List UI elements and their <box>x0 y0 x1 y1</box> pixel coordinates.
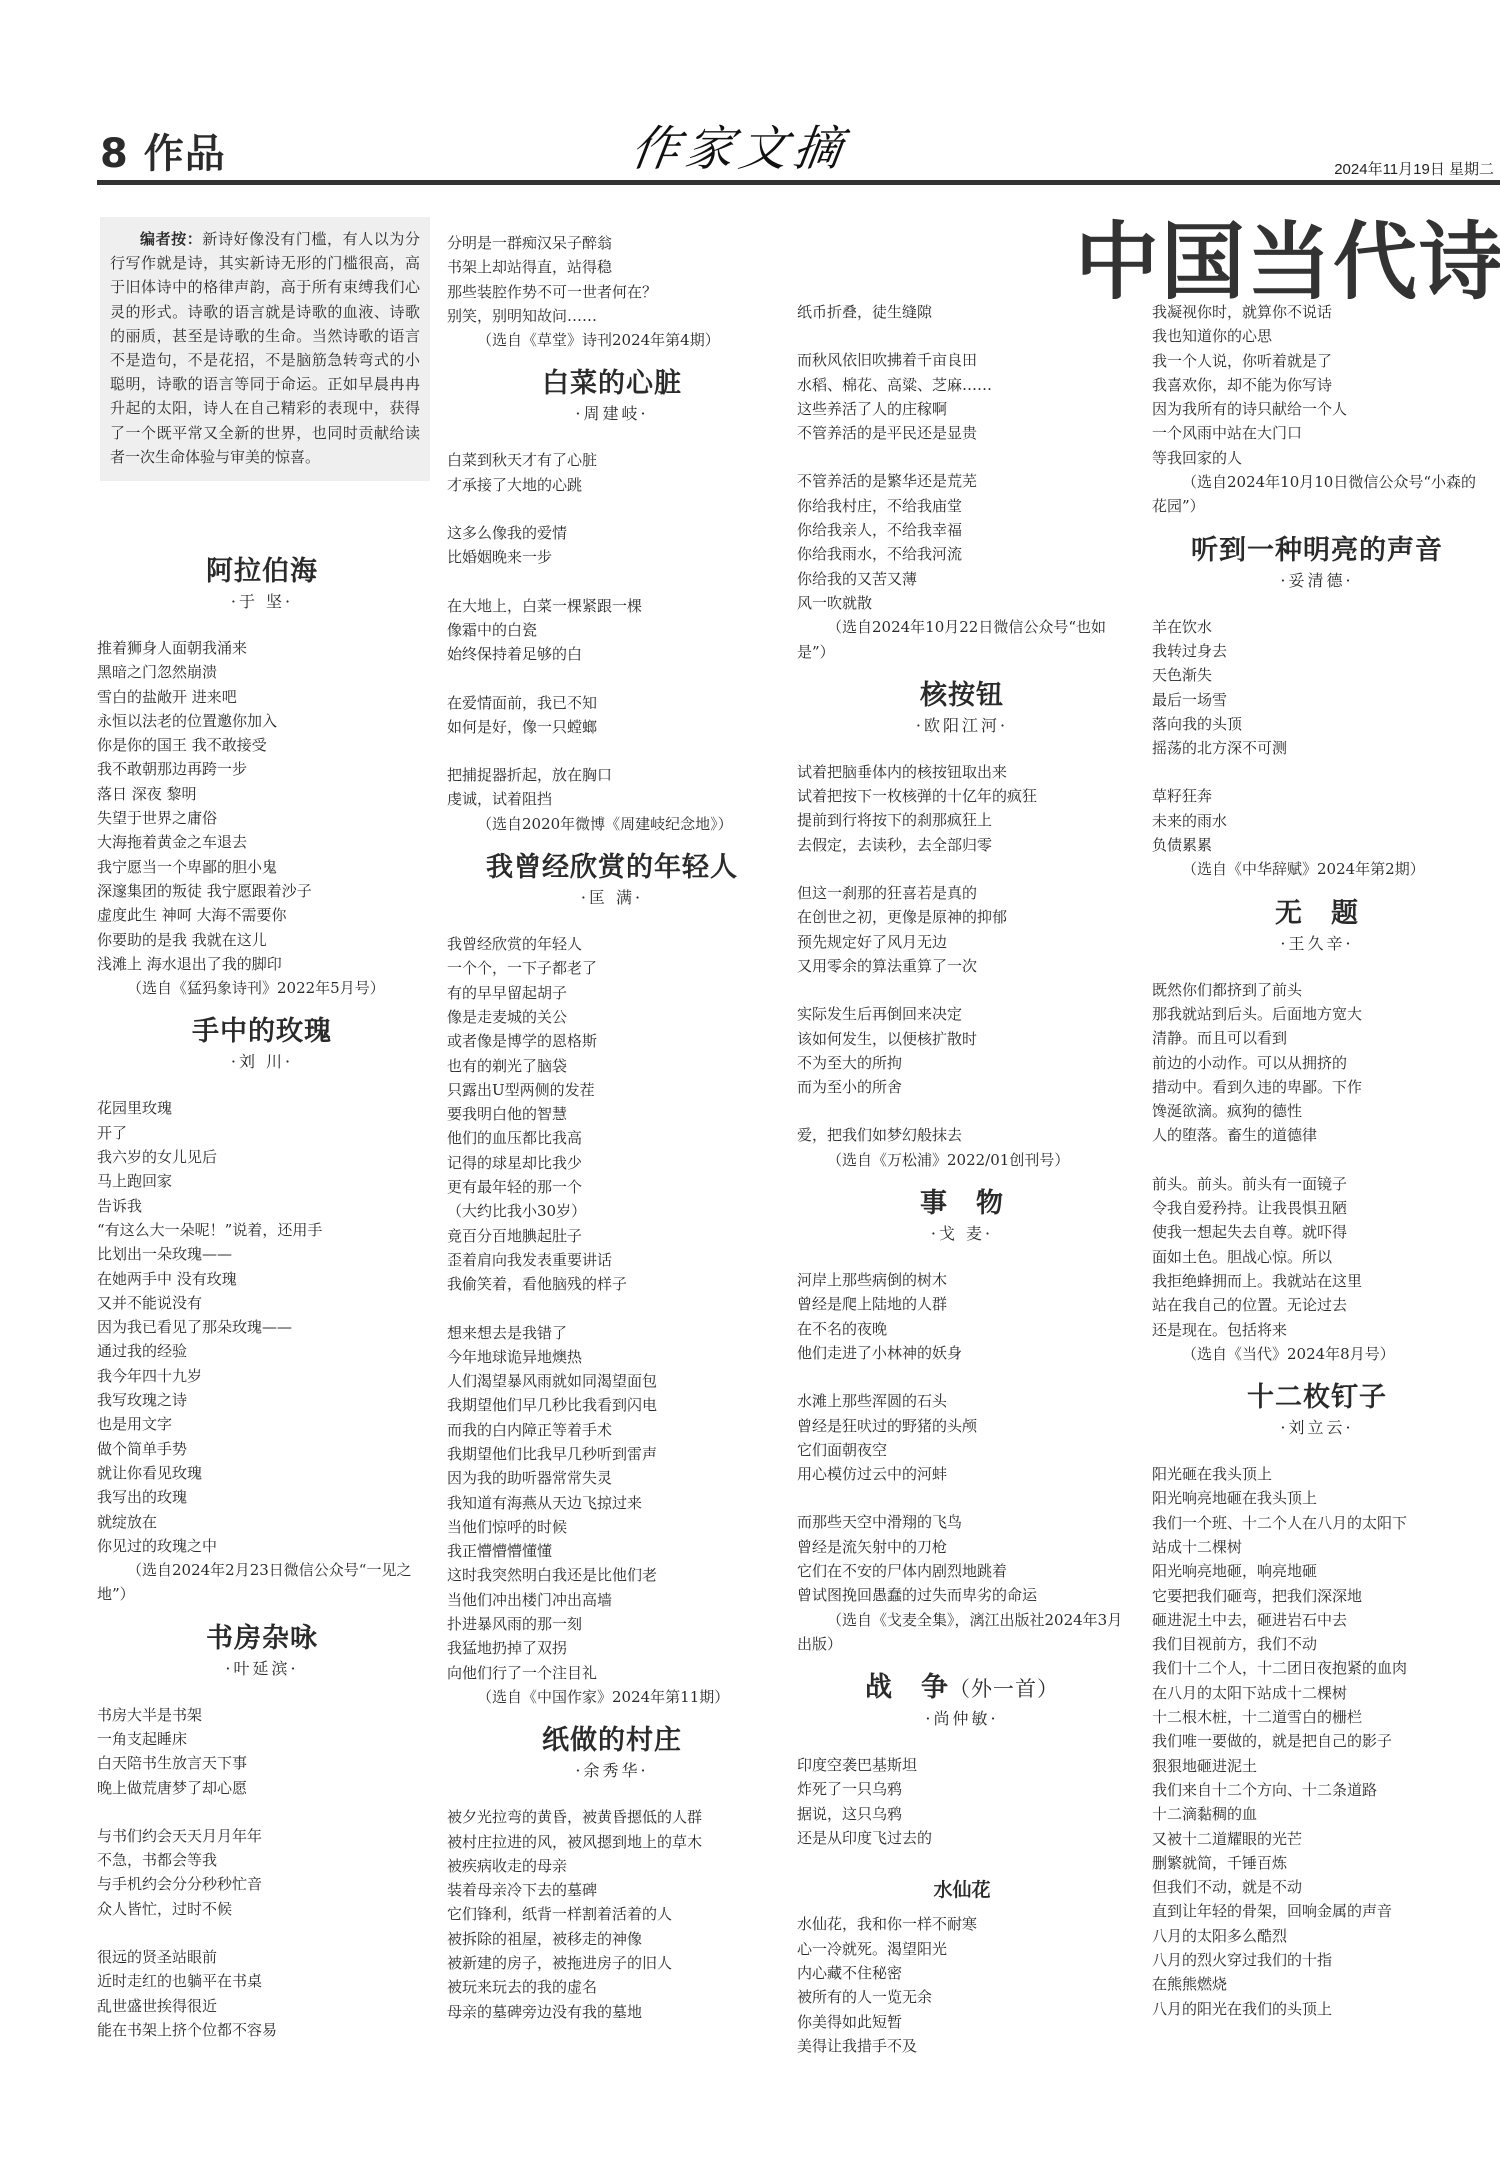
poem-line: 清静。而且可以看到 <box>1152 1026 1482 1050</box>
poem-line: 在大地上，白菜一棵紧跟一棵 <box>447 594 777 618</box>
header-rule <box>97 180 1500 185</box>
stanza: 不管养活的是繁华还是荒芜你给我村庄，不给我庙堂你给我亲人，不给我幸福你给我雨水，… <box>797 469 1127 615</box>
poem-line: 失望于世界之庸俗 <box>97 806 427 830</box>
poem-line: 天色渐失 <box>1152 663 1482 687</box>
poem-source: （选自2024年10月10日微信公众号“小森的花园”） <box>1152 470 1482 519</box>
stanza: 纸币折叠，徒生缝隙 <box>797 300 1127 324</box>
poem: 无 题·王久辛·既然你们都挤到了前头那我就站到后头。后面地方宽大清静。而且可以看… <box>1152 896 1482 1366</box>
poem-line: 我们十二个人，十二团日夜抱紧的血肉 <box>1152 1656 1482 1680</box>
poem-line: 把捕捉器折起，放在胸口 <box>447 763 777 787</box>
poem-line: 阳光响亮地砸在我头顶上 <box>1152 1486 1482 1510</box>
poem-author: ·匡 满· <box>447 886 777 910</box>
poem-line: 书架上却站得直，站得稳 <box>447 255 777 279</box>
poem: 我曾经欣赏的年轻人·匡 满·我曾经欣赏的年轻人一个个，一下子都老了有的早早留起胡… <box>447 850 777 1709</box>
poem-line: 内心藏不住秘密 <box>797 1961 1127 1985</box>
poem-line: 被夕光拉弯的黄昏，被黄昏摁低的人群 <box>447 1805 777 1829</box>
poem-title-text: 战 争 <box>865 1672 949 1703</box>
poem-line: 落向我的头顶 <box>1152 712 1482 736</box>
poem-line: 大海拖着黄金之车退去 <box>97 830 427 854</box>
feature-title: 中国当代诗 <box>1075 195 1500 316</box>
poem-line: 因为我已看见了那朵玫瑰—— <box>97 1315 427 1339</box>
poem-line: 告诉我 <box>97 1194 427 1218</box>
poem-line: 我偷笑着，看他脑残的样子 <box>447 1272 777 1296</box>
poem-line: 你美得如此短暂 <box>797 2010 1127 2034</box>
poem-line: 比婚姻晚来一步 <box>447 545 777 569</box>
poem-line: 我猛地扔掉了双拐 <box>447 1636 777 1660</box>
poem-title: 书房杂咏 <box>97 1621 427 1657</box>
poem-line: 也有的剃光了脑袋 <box>447 1054 777 1078</box>
poem-line: 就让你看见玫瑰 <box>97 1461 427 1485</box>
poem-line: 我凝视你时，就算你不说话 <box>1152 300 1482 324</box>
poem-source: （选自2024年10月22日微信公众号“也如是”） <box>797 615 1127 664</box>
stanza: 既然你们都挤到了前头那我就站到后头。后面地方宽大清静。而且可以看到前边的小动作。… <box>1152 978 1482 1148</box>
poem-line: 当他们惊呼的时候 <box>447 1515 777 1539</box>
column-1: 阿拉伯海·于 坚·推着狮身人面朝我涌来黑暗之门忽然崩溃雪白的盐敞开 进来吧永恒以… <box>97 540 427 2042</box>
poem-line: 狠狠地砸进泥土 <box>1152 1754 1482 1778</box>
poem-title: 我曾经欣赏的年轻人 <box>447 850 777 886</box>
poem-line: 黑暗之门忽然崩溃 <box>97 660 427 684</box>
poem-line: 提前到行将按下的刹那疯狂上 <box>797 808 1127 832</box>
poem-line: 才承接了大地的心跳 <box>447 473 777 497</box>
poem-line: 河岸上那些病倒的树木 <box>797 1268 1127 1292</box>
stanza: 试着把脑垂体内的核按钮取出来试着把按下一枚核弹的十亿年的疯狂提前到行将按下的刹那… <box>797 760 1127 857</box>
poem-title: 纸做的村庄 <box>447 1723 777 1759</box>
poem-line: 一个个，一下子都老了 <box>447 956 777 980</box>
poem-line: 我写玫瑰之诗 <box>97 1388 427 1412</box>
poem-line: 摇荡的北方深不可测 <box>1152 736 1482 760</box>
poem: 战 争（外一首）·尚仲敏·印度空袭巴基斯坦炸死了一只乌鸦据说，这只乌鸦还是从印度… <box>797 1670 1127 2058</box>
stanza: 爱，把我们如梦幻般抹去 <box>797 1123 1127 1147</box>
poem-line: 只露出U型两侧的发茬 <box>447 1078 777 1102</box>
column-4: 我凝视你时，就算你不说话我也知道你的心思我一个人说，你听着就是了我喜欢你，却不能… <box>1152 300 1482 2021</box>
poem-line: 永恒以法老的位置邀你加入 <box>97 709 427 733</box>
poem: 手中的玫瑰·刘 川·花园里玫瑰开了我六岁的女儿见后马上跑回家告诉我“有这么大一朵… <box>97 1014 427 1606</box>
newspaper-logo: 作家文摘 <box>627 110 853 179</box>
stanza: 白菜到秋天才有了心脏才承接了大地的心跳 <box>447 448 777 497</box>
poem: 十二枚钉子·刘立云·阳光砸在我头顶上阳光响亮地砸在我头顶上我们一个班、十二个人在… <box>1152 1380 1482 2021</box>
poem-title-text: 无 题 <box>1275 898 1359 929</box>
poem-line: 虚度此生 神呵 大海不需要你 <box>97 903 427 927</box>
stanza: 把捕捉器折起，放在胸口虔诚，试着阻挡 <box>447 763 777 812</box>
sub-poem-title: 水仙花 <box>797 1874 1127 1906</box>
poem-line: 你给我亲人，不给我幸福 <box>797 518 1127 542</box>
poem-line: 像是走麦城的关公 <box>447 1005 777 1029</box>
poem-line: 用心模仿过云中的河蚌 <box>797 1462 1127 1486</box>
poem: 书房杂咏·叶延滨·书房大半是书架一角支起睡床白天陪书生放言天下事晚上做荒唐梦了却… <box>97 1621 427 2043</box>
poem-line: 晚上做荒唐梦了却心愿 <box>97 1776 427 1800</box>
poem-line: 人们渴望暴风雨就如同渴望面包 <box>447 1369 777 1393</box>
stanza: 想来想去是我错了今年地球诡异地燠热人们渴望暴风雨就如同渴望面包我期望他们早几秒比… <box>447 1321 777 1685</box>
poem-line: 一个风雨中站在大门口 <box>1152 421 1482 445</box>
poem-line: 这些养活了人的庄稼啊 <box>797 397 1127 421</box>
poem-line: 负债累累 <box>1152 833 1482 857</box>
poem-line: 在她两手中 没有玫瑰 <box>97 1267 427 1291</box>
poem-line: 而为至小的所舍 <box>797 1075 1127 1099</box>
poem-line: 曾试图挽回愚蠢的过失而卑劣的命运 <box>797 1583 1127 1607</box>
poem-line: 实际发生后再倒回来决定 <box>797 1002 1127 1026</box>
poem-title-text: 阿拉伯海 <box>206 556 318 587</box>
stanza: 而那些天空中滑翔的飞鸟曾经是流矢射中的刀枪它们在不安的尸体内剧烈地跳着曾试图挽回… <box>797 1510 1127 1607</box>
poem-line: 很远的贤圣站眼前 <box>97 1945 427 1969</box>
poem-line: 我不敢朝那边再跨一步 <box>97 757 427 781</box>
poem-line: 别笑，别明知故问…… <box>447 304 777 328</box>
poem-line: 被所有的人一览无余 <box>797 1985 1127 2009</box>
stanza: 被夕光拉弯的黄昏，被黄昏摁低的人群被村庄拉进的风，被风摁到地上的草木被疾病收走的… <box>447 1805 777 2024</box>
poem-line: 当他们冲出楼门冲出高墙 <box>447 1588 777 1612</box>
poem-line: 美得让我措手不及 <box>797 2034 1127 2058</box>
stanza: 羊在饮水我转过身去天色渐失最后一场雪落向我的头顶摇荡的北方深不可测 <box>1152 615 1482 761</box>
poem-line: 被疾病收走的母亲 <box>447 1854 777 1878</box>
poem-line: 而我的白内障正等着手术 <box>447 1418 777 1442</box>
poem-line: 我今年四十九岁 <box>97 1364 427 1388</box>
poem: 核按钮·欧阳江河·试着把脑垂体内的核按钮取出来试着把按下一枚核弹的十亿年的疯狂提… <box>797 678 1127 1172</box>
poem-line: 那些装腔作势不可一世者何在？ <box>447 280 777 304</box>
poem-source: （选自《万松浦》2022/01创刊号） <box>797 1148 1127 1172</box>
poem-line: 等我回家的人 <box>1152 446 1482 470</box>
poem-line: 被玩来玩去的我的虚名 <box>447 1975 777 1999</box>
poem-line: 我宁愿当一个卑鄙的胆小鬼 <box>97 855 427 879</box>
poem: 白菜的心脏·周建岐·白菜到秋天才有了心脏才承接了大地的心跳这多么像我的爱情比婚姻… <box>447 366 777 836</box>
poem-line: 风一吹就散 <box>797 591 1127 615</box>
poem-title-text: 听到一种明亮的声音 <box>1191 535 1443 566</box>
poem-line: 虔诚，试着阻挡 <box>447 787 777 811</box>
stanza: 印度空袭巴基斯坦炸死了一只乌鸦据说，这只乌鸦还是从印度飞过去的 <box>797 1753 1127 1850</box>
poem-title: 手中的玫瑰 <box>97 1014 427 1050</box>
poem-line: 白天陪书生放言天下事 <box>97 1751 427 1775</box>
poem-line: 人的堕落。畜生的道德律 <box>1152 1123 1482 1147</box>
poem-line: 我曾经欣赏的年轻人 <box>447 932 777 956</box>
poem-line: 不为至大的所拘 <box>797 1051 1127 1075</box>
poem-title: 事 物 <box>797 1186 1127 1222</box>
poem-author: ·周建岐· <box>447 402 777 426</box>
poem: 纸做的村庄·余秀华·被夕光拉弯的黄昏，被黄昏摁低的人群被村庄拉进的风，被风摁到地… <box>447 1723 777 2024</box>
poem-line: 一角支起睡床 <box>97 1727 427 1751</box>
poem-line: 使我一想起失去自尊。就吓得 <box>1152 1220 1482 1244</box>
poem-line: 始终保持着足够的白 <box>447 642 777 666</box>
poem-line: 它们在不安的尸体内剧烈地跳着 <box>797 1559 1127 1583</box>
poem-line: 我六岁的女儿见后 <box>97 1145 427 1169</box>
stanza: 水仙花，我和你一样不耐寒心一冷就死。渴望阳光内心藏不住秘密被所有的人一览无余你美… <box>797 1912 1127 2058</box>
poem-line: 通过我的经验 <box>97 1339 427 1363</box>
poem-line: 前边的小动作。可以从拥挤的 <box>1152 1051 1482 1075</box>
poem-line: 砸进泥土中去，砸进岩石中去 <box>1152 1608 1482 1632</box>
poem-author: ·王久辛· <box>1152 932 1482 956</box>
poem-line: 八月的太阳多么酷烈 <box>1152 1924 1482 1948</box>
poem-line: 近时走红的也躺平在书桌 <box>97 1969 427 1993</box>
poem-author: ·戈 麦· <box>797 1222 1127 1246</box>
poem-line: 做个简单手势 <box>97 1437 427 1461</box>
poem-line: 你给我雨水，不给我河流 <box>797 542 1127 566</box>
poem-line: 那我就站到后头。后面地方宽大 <box>1152 1002 1482 1026</box>
poem-title-text: 十二枚钉子 <box>1247 1382 1387 1413</box>
poem-line: 想来想去是我错了 <box>447 1321 777 1345</box>
poem-line: 预先规定好了风月无边 <box>797 930 1127 954</box>
poem-line: 你给我村庄，不给我庙堂 <box>797 494 1127 518</box>
column-3: 纸币折叠，徒生缝隙而秋风依旧吹拂着千亩良田水稻、棉花、高粱、芝麻……这些养活了人… <box>797 300 1127 2058</box>
poem-line: 不管养活的是繁华还是荒芜 <box>797 469 1127 493</box>
poem-line: 书房大半是书架 <box>97 1703 427 1727</box>
poem-title-text: 事 物 <box>920 1188 1004 1219</box>
poem-line: 但我们不动，就是不动 <box>1152 1875 1482 1899</box>
poem-line: 又用零余的算法重算了一次 <box>797 954 1127 978</box>
poem-line: 它要把我们砸弯，把我们深深地 <box>1152 1584 1482 1608</box>
poem: 事 物·戈 麦·河岸上那些病倒的树木曾经是爬上陆地的人群在不名的夜晚他们走进了小… <box>797 1186 1127 1656</box>
stanza: 分明是一群痴汉呆子醉翁书架上却站得直，站得稳那些装腔作势不可一世者何在？别笑，别… <box>447 231 777 328</box>
poem-line: 纸币折叠，徒生缝隙 <box>797 300 1127 324</box>
stanza: 书房大半是书架一角支起睡床白天陪书生放言天下事晚上做荒唐梦了却心愿 <box>97 1703 427 1800</box>
stanza: 水滩上那些浑圆的石头曾经是狂吠过的野猪的头颅它们面朝夜空用心模仿过云中的河蚌 <box>797 1389 1127 1486</box>
poem-line: 不管养活的是平民还是显贵 <box>797 421 1127 445</box>
poem-line: 扑进暴风雨的那一刻 <box>447 1612 777 1636</box>
poem-source: （选自《中华辞赋》2024年第2期） <box>1152 857 1482 881</box>
poem-line: 去假定，去读秒，去全部归零 <box>797 833 1127 857</box>
poem-line: 我转过身去 <box>1152 639 1482 663</box>
poem-line: 曾经是爬上陆地的人群 <box>797 1292 1127 1316</box>
poem-continued: 我凝视你时，就算你不说话我也知道你的心思我一个人说，你听着就是了我喜欢你，却不能… <box>1152 300 1482 519</box>
poem-line: 据说，这只乌鸦 <box>797 1802 1127 1826</box>
poem-author: ·余秀华· <box>447 1759 777 1783</box>
poem: 听到一种明亮的声音·妥清德·羊在饮水我转过身去天色渐失最后一场雪落向我的头顶摇荡… <box>1152 533 1482 882</box>
poem-line: 我们目视前方，我们不动 <box>1152 1632 1482 1656</box>
poem-line: 阳光响亮地砸，响亮地砸 <box>1152 1559 1482 1583</box>
poem-line: 曾经是狂吠过的野猪的头颅 <box>797 1414 1127 1438</box>
poem-line: 试着把脑垂体内的核按钮取出来 <box>797 760 1127 784</box>
poem-line: 不急，书都会等我 <box>97 1848 427 1872</box>
poem-line: 更有最年轻的那一个 <box>447 1175 777 1199</box>
poem-line: 浅滩上 海水退出了我的脚印 <box>97 952 427 976</box>
poem-line: 我一个人说，你听着就是了 <box>1152 349 1482 373</box>
poem-line: 我知道有海燕从天边飞掠过来 <box>447 1491 777 1515</box>
editor-note-text: 新诗好像没有门槛，有人以为分行写作就是诗，其实新诗无形的门槛很高，高于旧体诗中的… <box>110 230 420 466</box>
poem-line: 落日 深夜 黎明 <box>97 782 427 806</box>
stanza: 与书们约会天天月月年年不急，书都会等我与手机约会分分秒秒忙音众人皆忙，过时不候 <box>97 1824 427 1921</box>
poem-line: 在创世之初，更像是原神的抑郁 <box>797 905 1127 929</box>
poem-line: 在熊熊燃烧 <box>1152 1972 1482 1996</box>
poem-line: 分明是一群痴汉呆子醉翁 <box>447 231 777 255</box>
poem-line: 在八月的太阳下站成十二棵树 <box>1152 1681 1482 1705</box>
poem-source: （选自《草堂》诗刊2024年第4期） <box>447 328 777 352</box>
poem-line: 十二滴黏稠的血 <box>1152 1802 1482 1826</box>
stanza: 花园里玫瑰开了我六岁的女儿见后马上跑回家告诉我“有这么大一朵呢！”说着，还用手比… <box>97 1096 427 1558</box>
column-2: 分明是一群痴汉呆子醉翁书架上却站得直，站得稳那些装腔作势不可一世者何在？别笑，别… <box>447 231 777 2024</box>
poem-line: 与手机约会分分秒秒忙音 <box>97 1872 427 1896</box>
poem-title: 核按钮 <box>797 678 1127 714</box>
poem-title-text: 手中的玫瑰 <box>192 1016 332 1047</box>
poem-line: 就绽放在 <box>97 1510 427 1534</box>
editor-note-box: 编者按：新诗好像没有门槛，有人以为分行写作就是诗，其实新诗无形的门槛很高，高于旧… <box>100 217 430 481</box>
poem-line: 你要助的是我 我就在这儿 <box>97 928 427 952</box>
stanza: 阳光砸在我头顶上阳光响亮地砸在我头顶上我们一个班、十二个人在八月的太阳下站成十二… <box>1152 1462 1482 2021</box>
poem-line: 删繁就简，千锤百炼 <box>1152 1851 1482 1875</box>
poem-line: 我正懵懵懵懂懂 <box>447 1539 777 1563</box>
poem-line: 未来的雨水 <box>1152 809 1482 833</box>
poem-line: 你见过的玫瑰之中 <box>97 1534 427 1558</box>
poem-line: 站在我自己的位置。无论过去 <box>1152 1293 1482 1317</box>
poem-line: 水滩上那些浑圆的石头 <box>797 1389 1127 1413</box>
poem-continued: 分明是一群痴汉呆子醉翁书架上却站得直，站得稳那些装腔作势不可一世者何在？别笑，别… <box>447 231 777 352</box>
poem-line: 有的早早留起胡子 <box>447 981 777 1005</box>
poem-title-text: 纸做的村庄 <box>542 1725 682 1756</box>
poem-line: 他们走进了小林神的妖身 <box>797 1341 1127 1365</box>
page-section-label: 8 作品 <box>100 122 226 179</box>
poem-line: 推着狮身人面朝我涌来 <box>97 636 427 660</box>
poem-author: ·叶延滨· <box>97 1657 427 1681</box>
poem-line: 而那些天空中滑翔的飞鸟 <box>797 1510 1127 1534</box>
poem-title: 阿拉伯海 <box>97 554 427 590</box>
poem-line: 我们一个班、十二个人在八月的太阳下 <box>1152 1511 1482 1535</box>
poem-source: （选自《戈麦全集》，漓江出版社2024年3月出版） <box>797 1608 1127 1657</box>
stanza: 这多么像我的爱情比婚姻晚来一步 <box>447 521 777 570</box>
stanza: 在大地上，白菜一棵紧跟一棵像霜中的白瓷始终保持着足够的白 <box>447 594 777 667</box>
poem-line: 措动中。看到久违的卑鄙。下作 <box>1152 1075 1482 1099</box>
poem-line: 歪着肩向我发表重要讲话 <box>447 1248 777 1272</box>
poem-line: 因为我的助听器常常失灵 <box>447 1466 777 1490</box>
poem-line: 水稻、棉花、高粱、芝麻…… <box>797 373 1127 397</box>
poem-line: 令我自爱矜持。让我畏惧丑陋 <box>1152 1196 1482 1220</box>
poem-line: 被村庄拉进的风，被风摁到地上的草木 <box>447 1830 777 1854</box>
poem-line: 你是你的国王 我不敢接受 <box>97 733 427 757</box>
poem-line: 爱，把我们如梦幻般抹去 <box>797 1123 1127 1147</box>
poem-line: 被新建的房子，被拖进房子的旧人 <box>447 1951 777 1975</box>
stanza: 而秋风依旧吹拂着千亩良田水稻、棉花、高粱、芝麻……这些养活了人的庄稼啊不管养活的… <box>797 348 1127 445</box>
poem-title-text: 核按钮 <box>920 680 1004 711</box>
poem-continued: 纸币折叠，徒生缝隙而秋风依旧吹拂着千亩良田水稻、棉花、高粱、芝麻……这些养活了人… <box>797 300 1127 664</box>
stanza: 我曾经欣赏的年轻人一个个，一下子都老了有的早早留起胡子像是走麦城的关公或者像是博… <box>447 932 777 1296</box>
poem-line: 在爱情面前，我已不知 <box>447 691 777 715</box>
poem-title: 战 争（外一首） <box>797 1670 1127 1707</box>
poem-line: 我期望他们比我早几秒听到雷声 <box>447 1442 777 1466</box>
poem-title-text: 书房杂咏 <box>206 1623 318 1654</box>
poem-line: 在不名的夜晚 <box>797 1317 1127 1341</box>
poem-line: 如何是好，像一只螳螂 <box>447 715 777 739</box>
poem-line: 心一冷就死。渴望阳光 <box>797 1937 1127 1961</box>
stanza: 草籽狂奔未来的雨水负债累累 <box>1152 784 1482 857</box>
poem-line: 八月的阳光在我们的头顶上 <box>1152 1997 1482 2021</box>
poem-line: 能在书架上挤个位都不容易 <box>97 2018 427 2042</box>
stanza: 推着狮身人面朝我涌来黑暗之门忽然崩溃雪白的盐敞开 进来吧永恒以法老的位置邀你加入… <box>97 636 427 976</box>
poem-line: 阳光砸在我头顶上 <box>1152 1462 1482 1486</box>
poem-line: 我期望他们早几秒比我看到闪电 <box>447 1393 777 1417</box>
poem-line: 深邃集团的叛徒 我宁愿跟着沙子 <box>97 879 427 903</box>
poem-line: 竟百分百地腆起肚子 <box>447 1224 777 1248</box>
poem-line: 装着母亲冷下去的墓碑 <box>447 1878 777 1902</box>
poem-line: 印度空袭巴基斯坦 <box>797 1753 1127 1777</box>
poem-line: 该如何发生，以便核扩散时 <box>797 1027 1127 1051</box>
poem-line: 十二根木桩，十二道雪白的栅栏 <box>1152 1705 1482 1729</box>
poem-line: 这时我突然明白我还是比他们老 <box>447 1563 777 1587</box>
poem-line: 比划出一朵玫瑰—— <box>97 1242 427 1266</box>
poem-line: 它们锋利，纸背一样割着活着的人 <box>447 1902 777 1926</box>
poem-line: 与书们约会天天月月年年 <box>97 1824 427 1848</box>
poem-line: 炸死了一只乌鸦 <box>797 1777 1127 1801</box>
poem-line: 羊在饮水 <box>1152 615 1482 639</box>
poem-title: 听到一种明亮的声音 <box>1152 533 1482 569</box>
poem-author: ·妥清德· <box>1152 569 1482 593</box>
poem-line: 向他们行了一个注目礼 <box>447 1661 777 1685</box>
poem-source: （选自《中国作家》2024年第11期） <box>447 1685 777 1709</box>
poem-line: 还是从印度飞过去的 <box>797 1826 1127 1850</box>
poem-title-text: 我曾经欣赏的年轻人 <box>486 852 738 883</box>
poem-line: 也是用文字 <box>97 1412 427 1436</box>
poem-title: 无 题 <box>1152 896 1482 932</box>
poem-title-suffix: （外一首） <box>949 1677 1059 1701</box>
poem-line: 但这一刹那的狂喜若是真的 <box>797 881 1127 905</box>
poem-author: ·尚仲敏· <box>797 1707 1127 1731</box>
poem-line: 或者像是博学的恩格斯 <box>447 1029 777 1053</box>
poem-title: 白菜的心脏 <box>447 366 777 402</box>
poem-line: “有这么大一朵呢！”说着，还用手 <box>97 1218 427 1242</box>
poem-line: 马上跑回家 <box>97 1169 427 1193</box>
poem-line: 这多么像我的爱情 <box>447 521 777 545</box>
poem-line: 像霜中的白瓷 <box>447 618 777 642</box>
poem-line: 我拒绝蜂拥而上。我就站在这里 <box>1152 1269 1482 1293</box>
issue-date: 2024年11月19日 星期二 <box>1334 158 1494 179</box>
poem-line: 白菜到秋天才有了心脏 <box>447 448 777 472</box>
poem-line: 又并不能说没有 <box>97 1291 427 1315</box>
stanza: 我凝视你时，就算你不说话我也知道你的心思我一个人说，你听着就是了我喜欢你，却不能… <box>1152 300 1482 470</box>
poem-line: 开了 <box>97 1121 427 1145</box>
poem-line: 花园里玫瑰 <box>97 1096 427 1120</box>
poem-line: （大约比我小30岁） <box>447 1199 777 1223</box>
poem-line: 而秋风依旧吹拂着千亩良田 <box>797 348 1127 372</box>
poem-line: 雪白的盐敞开 进来吧 <box>97 685 427 709</box>
poem-line: 水仙花，我和你一样不耐寒 <box>797 1912 1127 1936</box>
poem-author: ·刘 川· <box>97 1050 427 1074</box>
poem-line: 我们唯一要做的，就是把自己的影子 <box>1152 1729 1482 1753</box>
poem-source: （选自2024年2月23日微信公众号“一见之地”） <box>97 1558 427 1607</box>
poem-line: 草籽狂奔 <box>1152 784 1482 808</box>
poem-line: 乱世盛世挨得很近 <box>97 1994 427 2018</box>
poem-line: 我们来自十二个方向、十二条道路 <box>1152 1778 1482 1802</box>
poem-line: 又被十二道耀眼的光芒 <box>1152 1827 1482 1851</box>
stanza: 前头。前头。前头有一面镜子令我自爱矜持。让我畏惧丑陋使我一想起失去自尊。就吓得面… <box>1152 1172 1482 1342</box>
stanza: 河岸上那些病倒的树木曾经是爬上陆地的人群在不名的夜晚他们走进了小林神的妖身 <box>797 1268 1127 1365</box>
poem-source: （选自《猛犸象诗刊》2022年5月号） <box>97 976 427 1000</box>
poem-line: 因为我所有的诗只献给一个人 <box>1152 397 1482 421</box>
poem-line: 还是现在。包括将来 <box>1152 1318 1482 1342</box>
poem-line: 我写出的玫瑰 <box>97 1485 427 1509</box>
poem-source: （选自《当代》2024年8月号） <box>1152 1342 1482 1366</box>
poem-line: 我喜欢你，却不能为你写诗 <box>1152 373 1482 397</box>
poem-line: 站成十二棵树 <box>1152 1535 1482 1559</box>
poem-line: 要我明白他的智慧 <box>447 1102 777 1126</box>
poem-line: 众人皆忙，过时不候 <box>97 1897 427 1921</box>
poem-line: 曾经是流矢射中的刀枪 <box>797 1535 1127 1559</box>
poem-line: 你给我的又苦又薄 <box>797 567 1127 591</box>
poem-author: ·于 坚· <box>97 590 427 614</box>
stanza: 实际发生后再倒回来决定该如何发生，以便核扩散时不为至大的所拘而为至小的所舍 <box>797 1002 1127 1099</box>
poem-line: 试着把按下一枚核弹的十亿年的疯狂 <box>797 784 1127 808</box>
poem-source: （选自2020年微博《周建岐纪念地》） <box>447 812 777 836</box>
stanza: 但这一刹那的狂喜若是真的在创世之初，更像是原神的抑郁预先规定好了风月无边又用零余… <box>797 881 1127 978</box>
poem-line: 直到让年轻的骨架，回响金属的声音 <box>1152 1899 1482 1923</box>
poem-line: 既然你们都挤到了前头 <box>1152 978 1482 1002</box>
poem: 阿拉伯海·于 坚·推着狮身人面朝我涌来黑暗之门忽然崩溃雪白的盐敞开 进来吧永恒以… <box>97 554 427 1000</box>
poem-author: ·欧阳江河· <box>797 714 1127 738</box>
poem-line: 记得的球星却比我少 <box>447 1151 777 1175</box>
poem-line: 馋涎欲滴。疯狗的德性 <box>1152 1099 1482 1123</box>
poem-line: 今年地球诡异地燠热 <box>447 1345 777 1369</box>
poem-line: 面如土色。胆战心惊。所以 <box>1152 1245 1482 1269</box>
poem-line: 母亲的墓碑旁边没有我的墓地 <box>447 2000 777 2024</box>
poem-title-text: 白菜的心脏 <box>542 368 682 399</box>
poem-line: 八月的烈火穿过我们的十指 <box>1152 1948 1482 1972</box>
poem-author: ·刘立云· <box>1152 1416 1482 1440</box>
poem-line: 我也知道你的心思 <box>1152 324 1482 348</box>
poem-line: 前头。前头。前头有一面镜子 <box>1152 1172 1482 1196</box>
stanza: 很远的贤圣站眼前近时走红的也躺平在书桌乱世盛世挨得很近能在书架上挤个位都不容易 <box>97 1945 427 2042</box>
poem-line: 最后一场雪 <box>1152 688 1482 712</box>
